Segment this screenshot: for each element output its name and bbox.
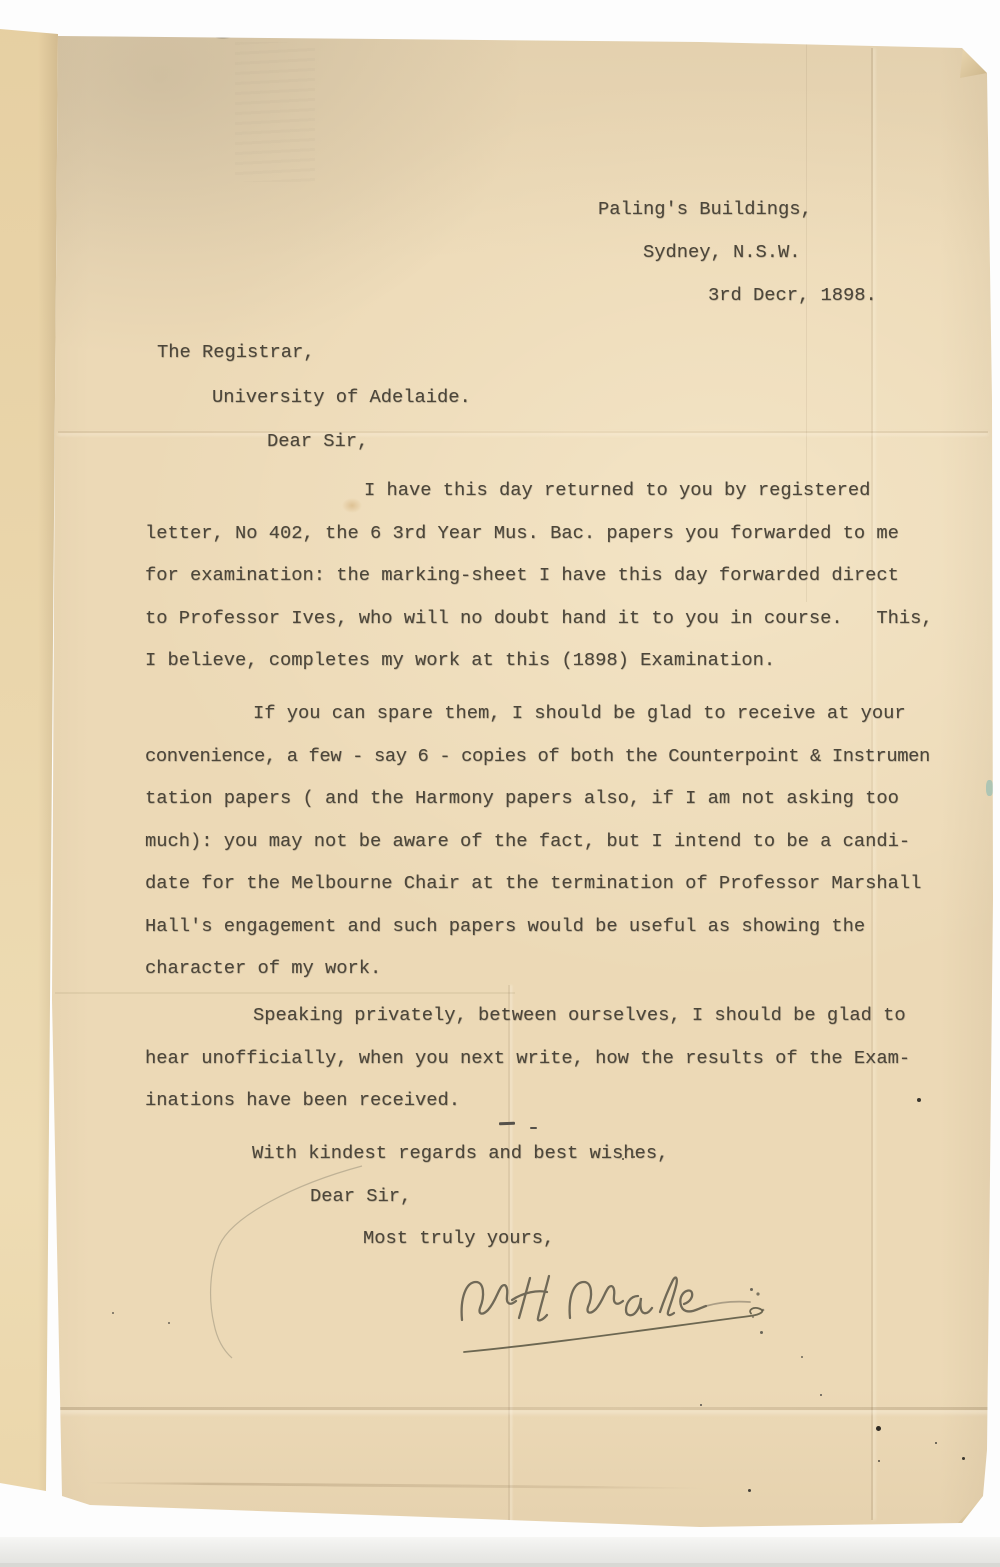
body-line: to Professor Ives, who will no doubt han… — [145, 597, 985, 640]
body-line: letter, No 402, the 6 3rd Year Mus. Bac.… — [145, 512, 985, 555]
scanned-letter-page: Paling's Buildings, Sydney, N.S.W. 3rd D… — [0, 0, 1000, 1567]
body-line: for examination: the marking-sheet I hav… — [145, 554, 985, 597]
body-line: date for the Melbourne Chair at the term… — [145, 862, 985, 905]
body-line: much): you may not be aware of the fact,… — [145, 820, 985, 863]
signature-underline-flourish — [458, 1300, 788, 1360]
body-line: Hall's engagement and such papers would … — [145, 905, 985, 948]
salutation: Dear Sir, — [267, 430, 368, 452]
ink-bleedthrough-streaks — [235, 42, 315, 182]
body-line: character of my work. — [145, 947, 985, 990]
body-line: I have this day returned to you by regis… — [145, 469, 985, 512]
recipient-line-2: University of Adelaide. — [212, 386, 471, 408]
letter-sheet: Paling's Buildings, Sydney, N.S.W. 3rd D… — [0, 0, 1000, 1567]
pencil-stray-mark — [200, 1158, 380, 1368]
body-line: I believe, completes my work at this (18… — [145, 639, 985, 682]
body-line: hear unofficially, when you next write, … — [145, 1037, 985, 1080]
letterhead-building: Paling's Buildings, — [598, 198, 812, 220]
cyan-edge-mark — [986, 780, 993, 796]
recipient-line-1: The Registrar, — [157, 341, 315, 363]
body-line: convenience, a few - say 6 - copies of b… — [145, 735, 985, 778]
bottom-edge-shadow — [85, 1481, 705, 1489]
horizontal-fold-line-bottom — [54, 1407, 989, 1410]
ink-smudge-top-edge — [214, 30, 235, 39]
letterhead-date: 3rd Decr, 1898. — [708, 284, 877, 306]
body-line: tation papers ( and the Harmony papers a… — [145, 777, 985, 820]
horizontal-fold-line-top — [58, 431, 988, 433]
body-line: Speaking privately, between ourselves, I… — [145, 994, 985, 1037]
scanner-bed-edge — [0, 1563, 1000, 1567]
folded-corner-bottom-right — [956, 1494, 990, 1524]
letterhead-city: Sydney, N.S.W. — [643, 241, 801, 263]
body-line: inations have been received. — [145, 1079, 985, 1122]
letter-body: I have this day returned to you by regis… — [145, 469, 985, 1260]
body-line: If you can spare them, I should be glad … — [145, 692, 985, 735]
folded-corner-top-right — [956, 44, 992, 82]
